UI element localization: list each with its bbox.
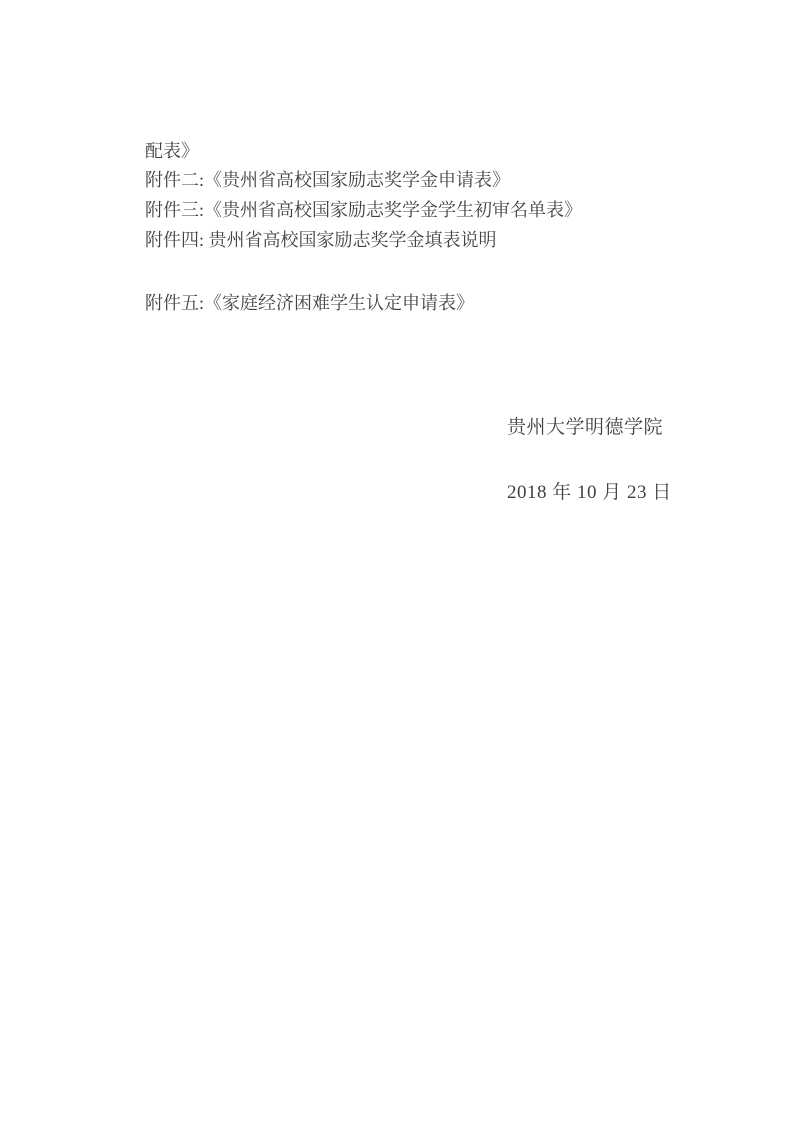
signature-institution: 贵州大学明德学院 bbox=[507, 416, 663, 439]
attachment-line-2: 附件二:《贵州省高校国家励志奖学金申请表》 bbox=[145, 169, 510, 191]
attachment-line-4: 附件四: 贵州省高校国家励志奖学金填表说明 bbox=[145, 229, 497, 251]
document-date: 2018 年 10 月 23 日 bbox=[507, 481, 672, 504]
document-page: 配表》 附件二:《贵州省高校国家励志奖学金申请表》 附件三:《贵州省高校国家励志… bbox=[0, 0, 793, 1122]
attachment-line-5: 附件五:《家庭经济困难学生认定申请表》 bbox=[145, 292, 474, 314]
attachment-line-continuation: 配表》 bbox=[145, 140, 199, 162]
attachment-line-3: 附件三:《贵州省高校国家励志奖学金学生初审名单表》 bbox=[145, 199, 582, 221]
